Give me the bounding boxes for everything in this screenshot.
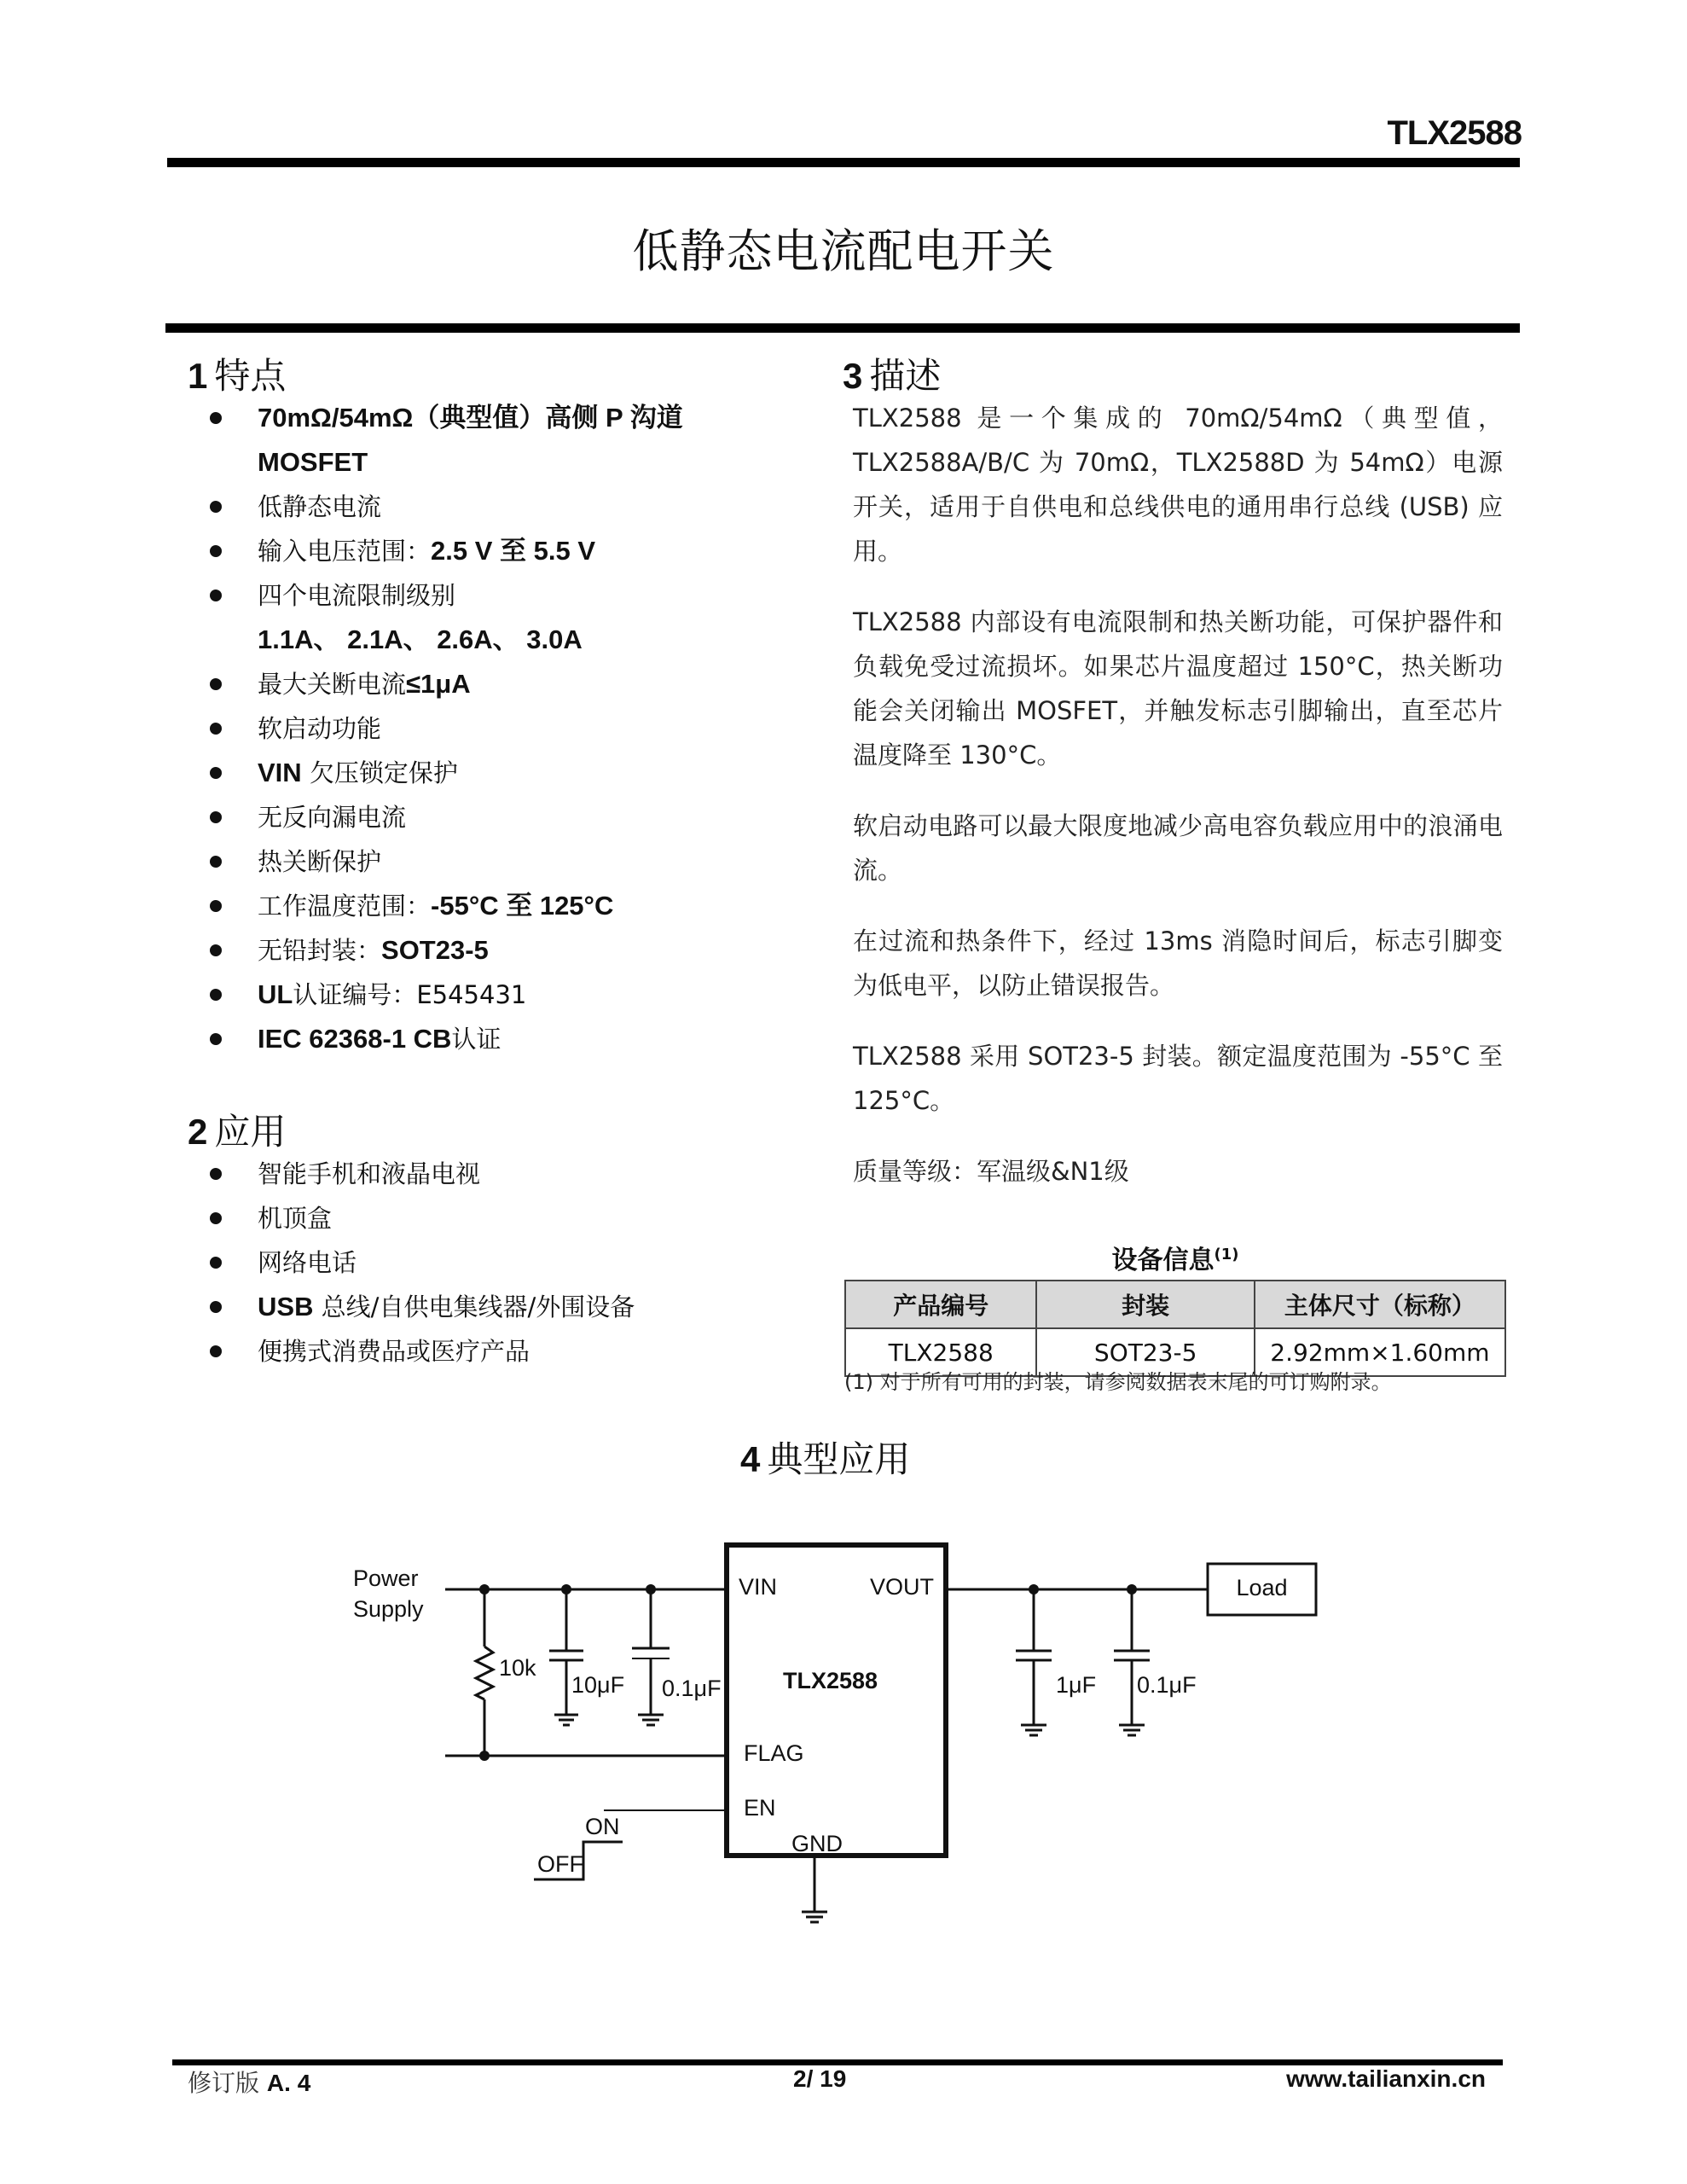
pin-vout-label: VOUT [870, 1574, 934, 1600]
revision-label: 修订版 [188, 2069, 259, 2097]
switch-off-label: OFF [537, 1851, 583, 1878]
footer-website-link[interactable]: www.tailianxin.cn [1286, 2065, 1486, 2093]
revision-value: A. 4 [267, 2070, 310, 2096]
power-label-line1: Power [353, 1563, 424, 1594]
page-number: 2/ 19 [793, 2065, 846, 2092]
pin-flag-label: FLAG [744, 1740, 804, 1767]
pin-en-label: EN [744, 1795, 776, 1821]
pin-vin-label: VIN [739, 1574, 777, 1600]
chip-name-label: TLX2588 [783, 1668, 878, 1694]
footer-page-number: 2/ 19 [793, 2065, 846, 2093]
output-cap-1uf-label: 1μF [1056, 1672, 1096, 1699]
resistor-label: 10k [499, 1655, 536, 1682]
input-cap-0-1uf-label: 0.1μF [662, 1676, 722, 1702]
power-supply-label: Power Supply [353, 1563, 424, 1624]
switch-on-label: ON [585, 1814, 620, 1840]
typical-application-schematic [0, 0, 1687, 2184]
input-cap-10uf-label: 10μF [571, 1672, 624, 1699]
load-label: Load [1208, 1575, 1316, 1601]
website-link[interactable]: www.tailianxin.cn [1286, 2065, 1486, 2092]
output-cap-0-1uf-label: 0.1μF [1137, 1672, 1197, 1699]
pin-gnd-label: GND [791, 1831, 843, 1857]
footer-revision: 修订版 A. 4 [188, 2065, 310, 2099]
power-label-line2: Supply [353, 1594, 424, 1624]
